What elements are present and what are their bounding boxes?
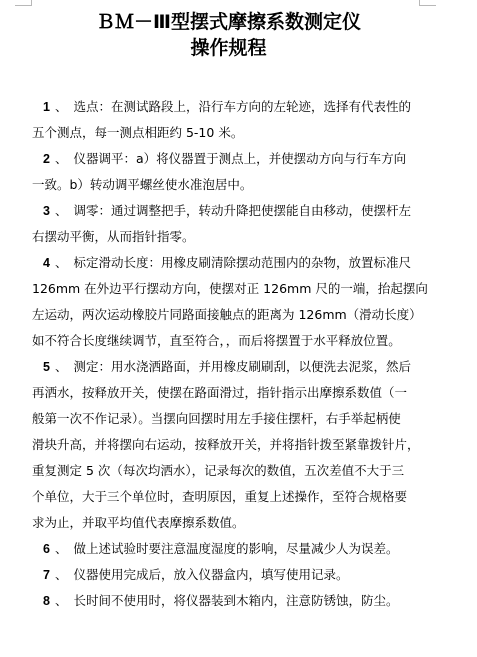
numbered-step-line: 4、标定滑动长度：用橡皮刷清除摆动范围内的杂物，放置标准尺 [32,250,424,276]
numbered-step-line: 8、长时间不使用时，将仪器装到木箱内，注意防锈蚀，防尘。 [32,588,424,614]
step-separator: 、 [55,255,68,270]
line-text: 仪器使用完成后，放入仪器盒内，填写使用记录。 [73,567,348,582]
line-text: 滑块升高，并将摆向右运动，按释放开关，并将指针拨至紧靠拨针片， [32,437,420,452]
line-text: 一致。b）转动调平螺丝使水准泡居中。 [32,177,252,192]
numbered-step-line: 7、仪器使用完成后，放入仪器盒内，填写使用记录。 [32,562,424,588]
continuation-line: 126mm 在外边平行摆动方向，使摆对正 126mm 尺的一端，抬起摆向 [32,276,424,302]
line-text: 右摆动平衡，从而指针指零。 [32,229,195,244]
step-separator: 、 [55,593,68,608]
line-text: 个单位，大于三个单位时，查明原因，重复上述操作，至符合规格要 [32,489,407,504]
step-number: 8 [43,594,50,608]
step-separator: 、 [55,541,68,556]
line-text: 仪器调平：a）将仪器置于测点上，并使摆动方向与行车方向 [73,151,406,166]
step-number: 5 [43,360,50,374]
step-separator: 、 [55,203,68,218]
crop-mark-top-right [419,0,436,6]
line-text: 再洒水，按释放开关，使摆在路面滑过，指针指示出摩擦系数值（一 [32,385,407,400]
line-text: 长时间不使用时，将仪器装到木箱内，注意防锈蚀，防尘。 [73,593,398,608]
continuation-line: 五个测点，每一测点相距约 5-10 米。 [32,120,424,146]
step-separator: 、 [55,151,68,166]
continuation-line: 再洒水，按释放开关，使摆在路面滑过，指针指示出摩擦系数值（一 [32,380,424,406]
continuation-line: 重复测定 5 次（每次均洒水），记录每次的数值，五次差值不大于三 [32,458,424,484]
line-text: 左运动，两次运动橡胶片同路面接触点的距离为 126mm（滑动长度） [32,307,422,322]
document-body: 1、选点：在测试路段上，沿行车方向的左轮迹，选择有代表性的五个测点，每一测点相距… [32,94,424,614]
numbered-step-line: 6、做上述试验时要注意温度湿度的影响，尽量减少人为误差。 [32,536,424,562]
continuation-line: 滑块升高，并将摆向右运动，按释放开关，并将指针拨至紧靠拨针片， [32,432,424,458]
line-text: 测定：用水浇洒路面，并用橡皮刷刷刮，以便洗去泥浆，然后 [73,359,411,374]
continuation-line: 求为止，并取平均值代表摩擦系数值。 [32,510,424,536]
continuation-line: 般第一次不作记录）。当摆向回摆时用左手接住摆杆，右手举起柄使 [32,406,424,432]
numbered-step-line: 5、测定：用水浇洒路面，并用橡皮刷刷刮，以便洗去泥浆，然后 [32,354,424,380]
step-number: 1 [43,100,50,114]
crop-mark-top-left [15,0,32,6]
line-text: 126mm 在外边平行摆动方向，使摆对正 126mm 尺的一端，抬起摆向 [32,281,428,296]
line-text: 五个测点，每一测点相距约 5-10 米。 [32,125,243,140]
step-number: 6 [43,542,50,556]
line-text: 选点：在测试路段上，沿行车方向的左轮迹，选择有代表性的 [73,99,411,114]
continuation-line: 左运动，两次运动橡胶片同路面接触点的距离为 126mm（滑动长度） [32,302,424,328]
step-number: 2 [43,152,50,166]
step-number: 7 [43,568,50,582]
numbered-step-line: 3、调零：通过调整把手，转动升降把使摆能自由移动，使摆杆左 [32,198,424,224]
numbered-step-line: 1、选点：在测试路段上，沿行车方向的左轮迹，选择有代表性的 [32,94,424,120]
numbered-step-line: 2、仪器调平：a）将仪器置于测点上，并使摆动方向与行车方向 [32,146,424,172]
continuation-line: 右摆动平衡，从而指针指零。 [32,224,424,250]
document-subtitle: 操作规程 [0,36,467,60]
step-number: 3 [43,204,50,218]
line-text: 求为止，并取平均值代表摩擦系数值。 [32,515,245,530]
step-separator: 、 [55,567,68,582]
line-text: 般第一次不作记录）。当摆向回摆时用左手接住摆杆，右手举起柄使 [32,411,401,426]
continuation-line: 一致。b）转动调平螺丝使水准泡居中。 [32,172,424,198]
line-text: 如不符合长度继续调节，直至符合，，而后将摆置于水平释放位置。 [32,333,401,348]
continuation-line: 如不符合长度继续调节，直至符合，，而后将摆置于水平释放位置。 [32,328,424,354]
line-text: 调零：通过调整把手，转动升降把使摆能自由移动，使摆杆左 [73,203,411,218]
line-text: 做上述试验时要注意温度湿度的影响，尽量减少人为误差。 [73,541,398,556]
line-text: 标定滑动长度：用橡皮刷清除摆动范围内的杂物，放置标准尺 [73,255,411,270]
step-separator: 、 [55,99,68,114]
document-title: ＢＭ－Ⅲ型摆式摩擦系数测定仪 [0,10,467,34]
step-number: 4 [43,256,50,270]
continuation-line: 个单位，大于三个单位时，查明原因，重复上述操作，至符合规格要 [32,484,424,510]
line-text: 重复测定 5 次（每次均洒水），记录每次的数值，五次差值不大于三 [32,463,404,478]
step-separator: 、 [55,359,68,374]
